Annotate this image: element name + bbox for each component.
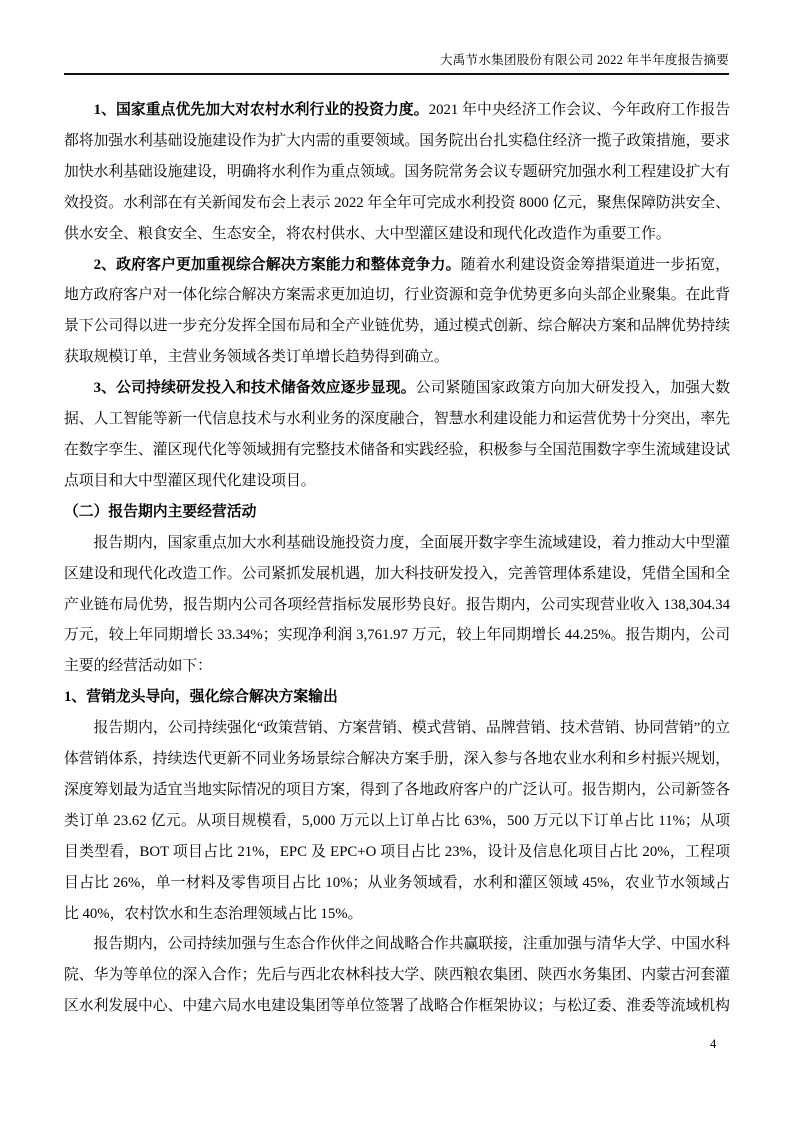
paragraph-3-bold-lead: 3、公司持续研发投入和技术储备效应逐步显现。: [94, 380, 416, 396]
paragraph-1-bold-lead: 1、国家重点优先加大对农村水利行业的投资力度。: [94, 102, 429, 118]
paragraph-2: 2、政府客户更加重视综合解决方案能力和整体竞争力。随着水利建设资金筹措渠道进一步…: [64, 250, 730, 374]
document-body: 1、国家重点优先加大对农村水利行业的投资力度。2021 年中央经济工作会议、今年…: [64, 95, 730, 1022]
page-number: 4: [710, 1036, 716, 1052]
paragraph-4: 报告期内，国家重点加大水利基础设施投资力度，全面展开数字孪生流域建设，着力推动大…: [64, 528, 730, 683]
section-heading-operating-activities: （二）报告期内主要经营活动: [64, 497, 730, 528]
paragraph-3-text: 公司紧随国家政策方向加大研发投入，加强大数据、人工智能等新一代信息技术与水利业务…: [64, 380, 730, 489]
paragraph-3: 3、公司持续研发投入和技术储备效应逐步显现。公司紧随国家政策方向加大研发投入，加…: [64, 373, 730, 497]
paragraph-6: 报告期内，公司持续加强与生态合作伙伴之间战略合作共赢联接，注重加强与清华大学、中…: [64, 929, 730, 1022]
page-header: 大禹节水集团股份有限公司 2022 年半年度报告摘要: [64, 50, 729, 75]
subsection-heading-marketing: 1、营销龙头导向，强化综合解决方案输出: [64, 682, 730, 713]
paragraph-5: 报告期内，公司持续强化“政策营销、方案营销、模式营销、品牌营销、技术营销、协同营…: [64, 713, 730, 929]
paragraph-2-bold-lead: 2、政府客户更加重视综合解决方案能力和整体竞争力。: [94, 257, 461, 273]
paragraph-1: 1、国家重点优先加大对农村水利行业的投资力度。2021 年中央经济工作会议、今年…: [64, 95, 730, 250]
header-title: 大禹节水集团股份有限公司 2022 年半年度报告摘要: [440, 53, 729, 67]
report-page: 大禹节水集团股份有限公司 2022 年半年度报告摘要 1、国家重点优先加大对农村…: [0, 0, 793, 1122]
paragraph-1-text: 2021 年中央经济工作会议、今年政府工作报告都将加强水利基础设施建设作为扩大内…: [64, 102, 730, 242]
